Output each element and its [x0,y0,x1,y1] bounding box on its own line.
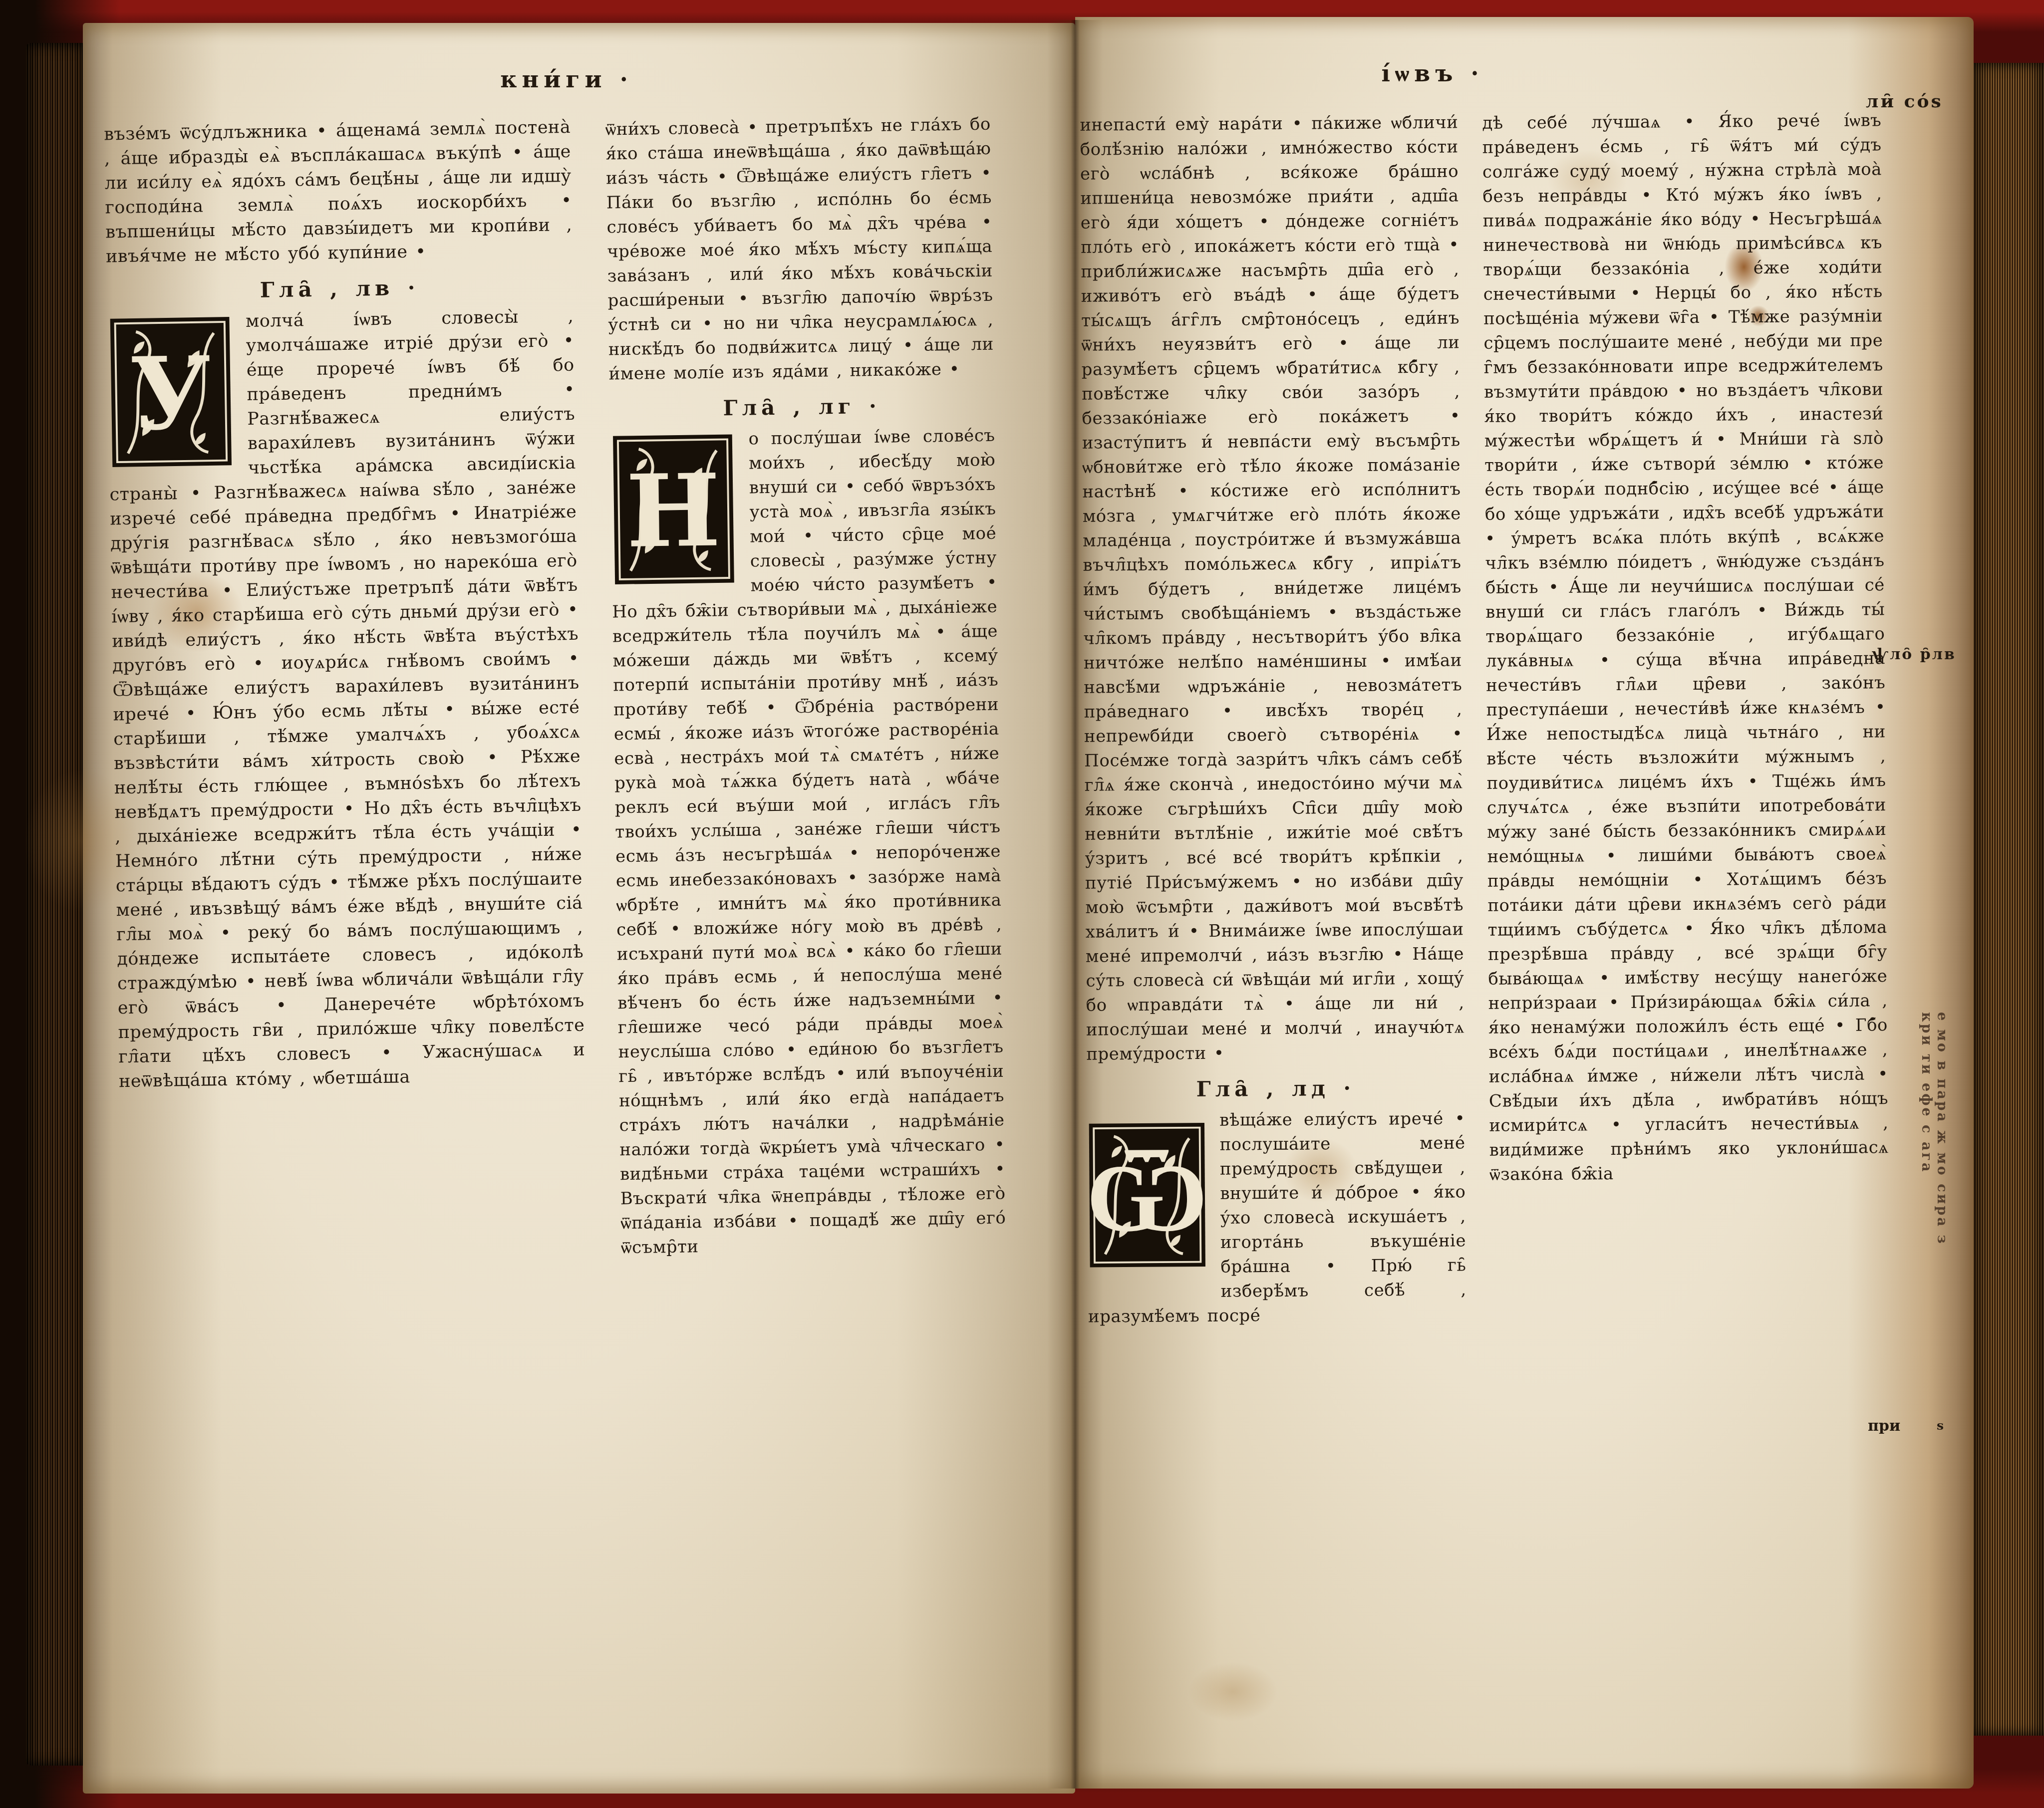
body-paragraph: Но послу́шаи і́ѡве слове́съ мои́хъ , ибе… [609,424,1006,1261]
body-paragraph: Умолча́ і́ѡвъ словесы̀ , умолча́шаже итр… [107,304,586,1094]
text-column-1: възе́мъ ѿсу́длъжника • а́щенама́ землѧ̀ … [104,115,594,1659]
body-paragraph: инепасти́ ему̀ нара́ти • па́киже ѡбличи́… [1080,110,1464,1066]
chapter-heading: Гла̑ , лг · [609,392,995,422]
chapter-heading: Гла̑ , лд · [1087,1075,1465,1102]
ornate-initial-woodcut: У [108,316,234,469]
book-photo: кни́ги · і́ѡвъ · ли̑ со́ѕ к̑а ѱло̑ р̑лв … [0,0,2044,1808]
body-paragraph: Ѿвѣща́же елиу́стъ ирече́ • послуша́ите м… [1087,1106,1466,1329]
ornate-initial-У: У [108,316,234,469]
svg-text:Н: Н [625,452,722,570]
handwritten-margin-gloss: е мо в пара ж мо сира з кри ти ефе с ага [1919,1012,1950,1247]
right-fore-edge-pages [1971,63,2044,1736]
running-title-right: і́ѡвъ · [1328,60,1537,87]
ornate-initial-Н: Н [610,433,736,585]
body-text: възе́мъ ѿсу́длъжника • а́щенама́ землѧ̀ … [104,117,573,267]
running-title-left: кни́ги · [464,66,669,93]
text-column-3: инепасти́ ему̀ нара́ти • па́киже ѡбличи́… [1080,110,1469,1660]
body-paragraph: възе́мъ ѿсу́длъжника • а́щенама́ землѧ̀ … [104,115,573,269]
body-text: инепасти́ ему̀ нара́ти • па́киже ѡбличи́… [1080,112,1464,1064]
svg-text:У: У [129,334,213,453]
chapter-heading: Гла̑ , лв · [106,273,574,305]
left-fore-edge-pages [26,43,90,1766]
ornate-initial-woodcut: Ѿ [1088,1114,1206,1276]
margin-note-z: ѕ [1937,1418,1944,1433]
text-column-4: дѣ себе́ лу́чшаѧ • Я́ко рече́ і́ѡвъ пра́… [1482,108,1892,1658]
ornate-initial-Ѿ: Ѿ [1088,1114,1206,1276]
text-column-2: ѿни́хъ словеса̀ • претръпѣ́хъ не гла́хъ … [605,112,1012,1659]
body-paragraph: дѣ себе́ лу́чшаѧ • Я́ко рече́ і́ѡвъ пра́… [1482,108,1889,1187]
ornate-initial-woodcut: Н [610,433,736,585]
body-text: дѣ себе́ лу́чшаѧ • Я́ко рече́ і́ѡвъ пра́… [1482,110,1889,1185]
svg-text:Ѿ: Ѿ [1088,1139,1206,1254]
body-paragraph: ѿни́хъ словеса̀ • претръпѣ́хъ не гла́хъ … [605,112,994,387]
body-text: ѿни́хъ словеса̀ • претръпѣ́хъ не гла́хъ … [605,114,994,384]
